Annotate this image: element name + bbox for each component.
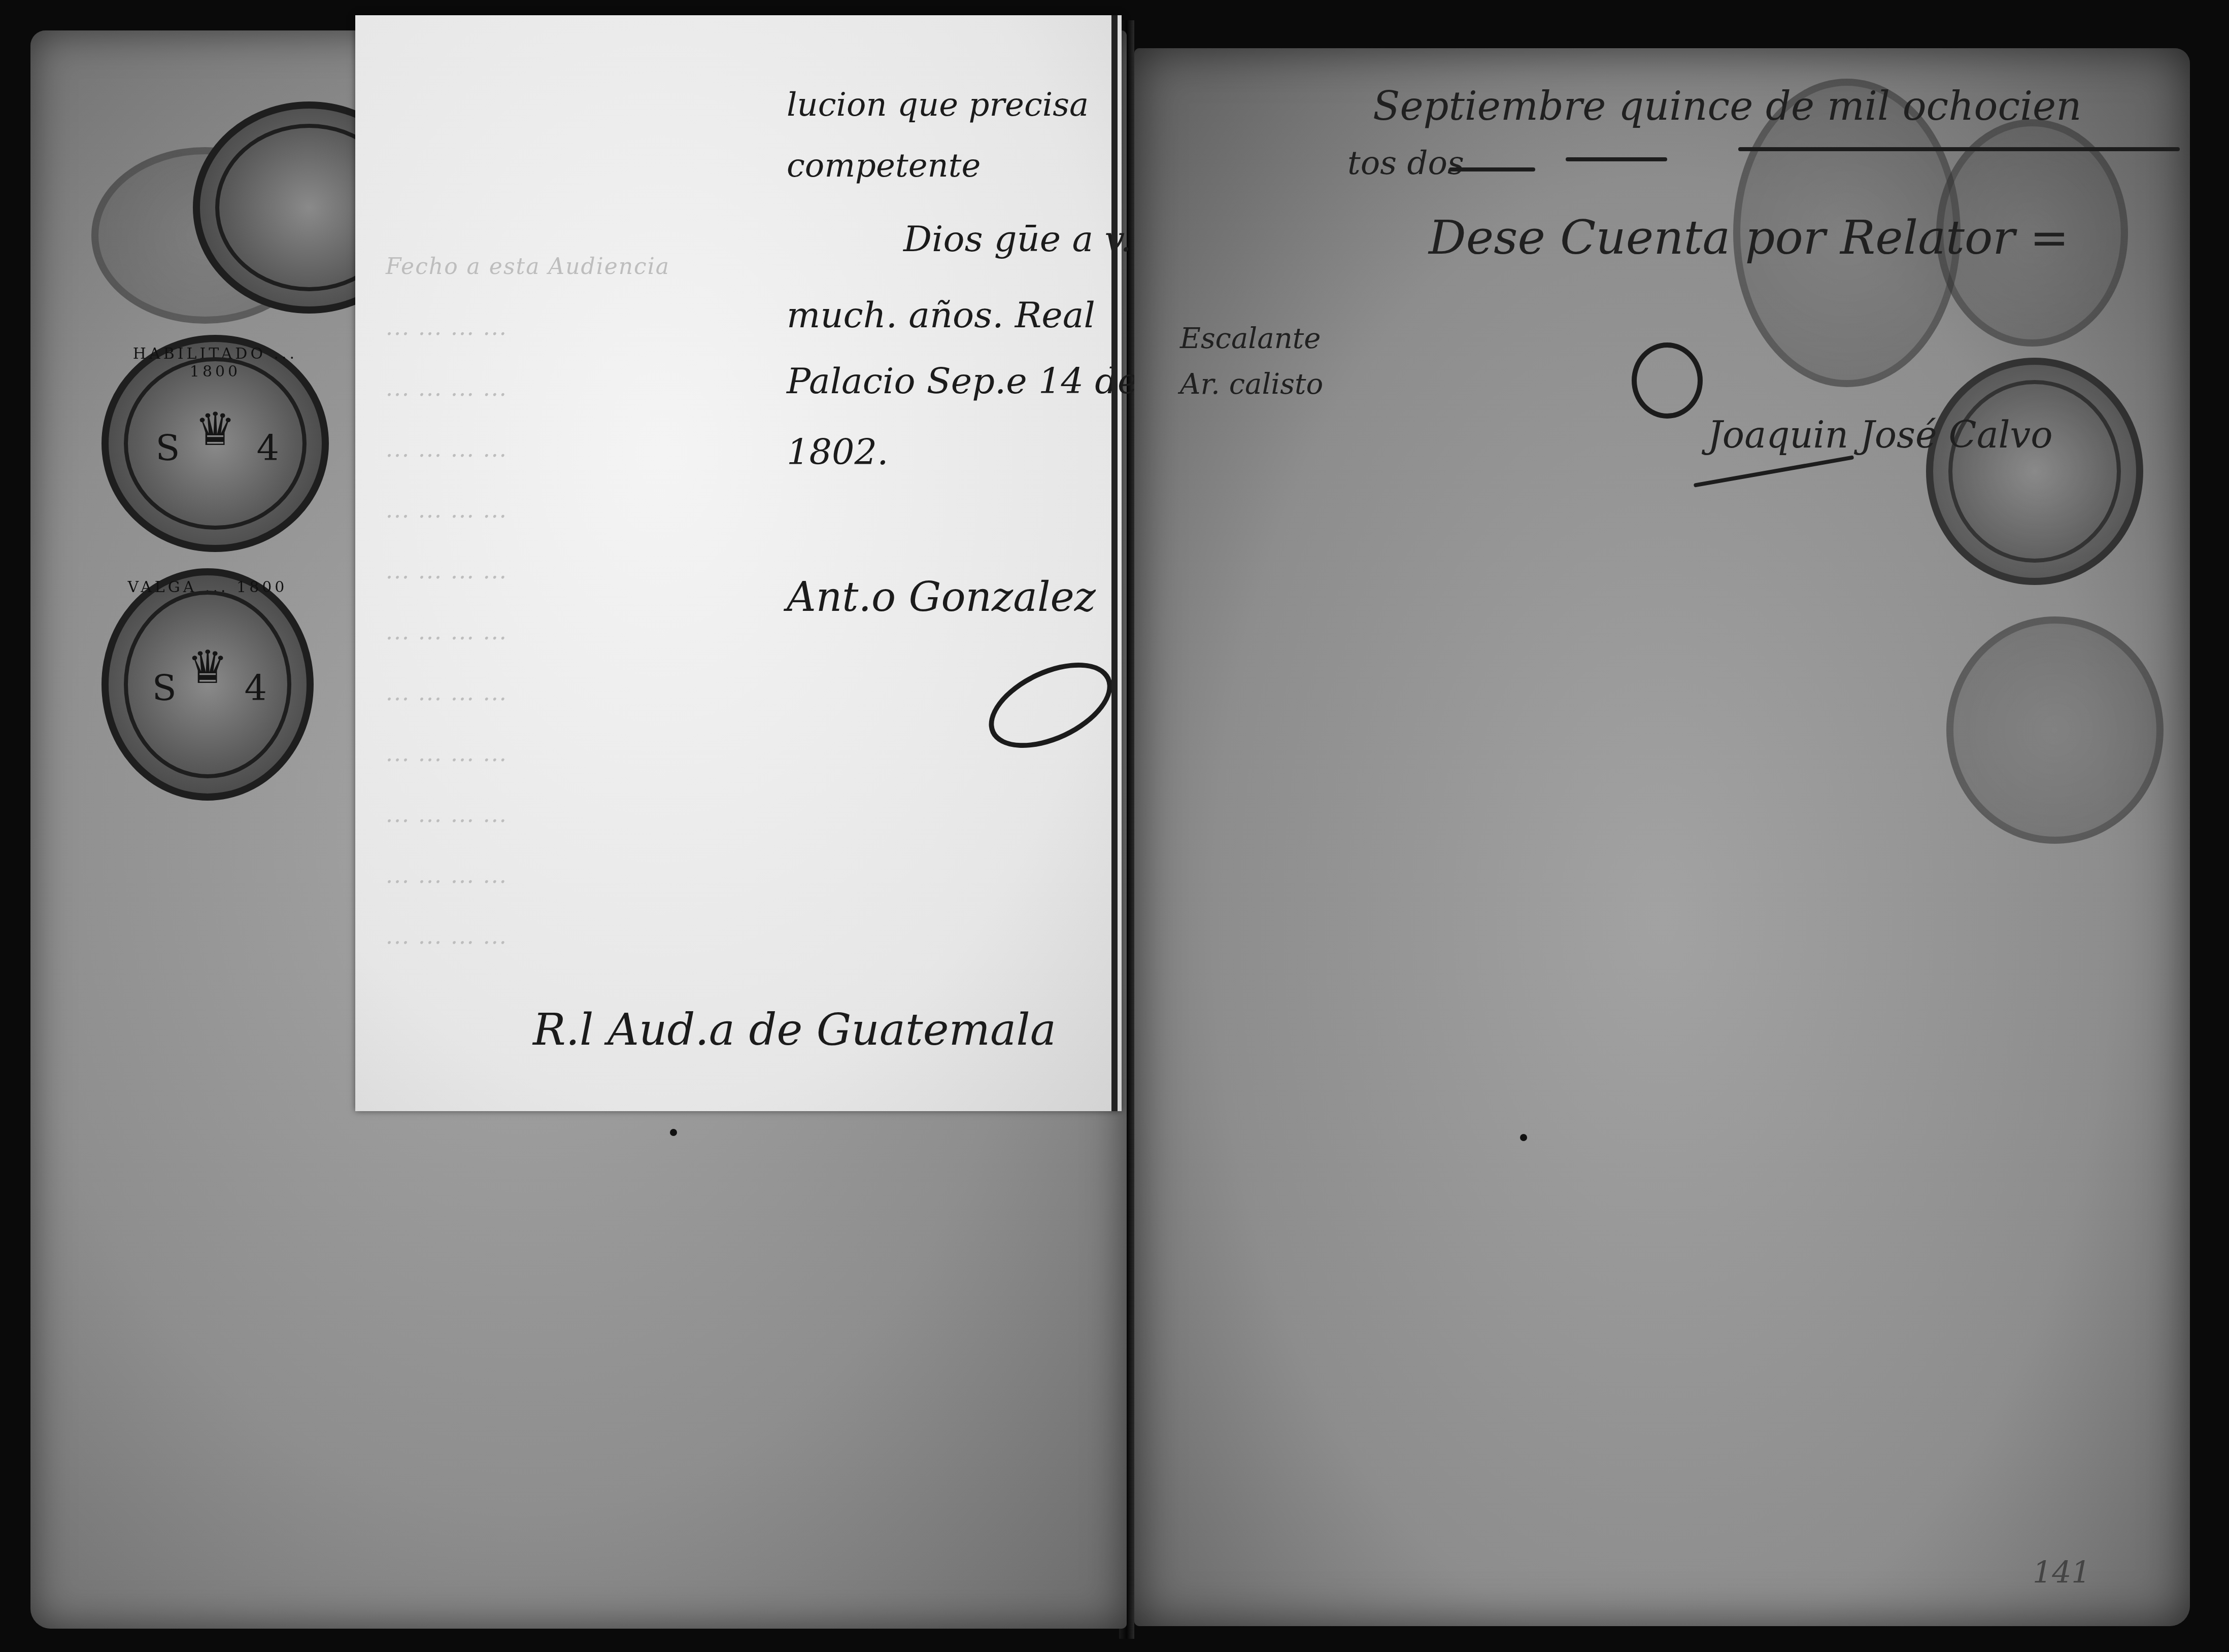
header-line: Septiembre quince de mil ochocien [1373,84,2082,129]
underline [1449,167,1535,171]
faded-line: ... ... ... ... [386,923,508,949]
crown-icon: ♛ [195,403,236,456]
faded-line: ... ... ... ... [386,863,508,888]
faded-line: ... ... ... ... [386,802,508,828]
seal-letter: 4 [256,427,279,469]
crown-icon: ♛ [187,641,228,694]
signature-rubric [976,645,1126,766]
seal-ring [1948,380,2121,563]
faded-line: ... ... ... ... [386,619,508,645]
seal-letter: 4 [244,667,267,709]
seal-middle: HABILITADO ... 1800 ♛ S 4 [102,335,329,552]
faded-line: ... ... ... ... [386,315,508,340]
rubric-mark [1632,342,1703,419]
seal-letter: S [152,667,177,709]
marginal-note-line: Ar. calisto [1180,368,1323,401]
seal-letter: S [155,427,180,469]
note-line: much. años. Real [787,294,1095,336]
insert-edge [1111,15,1118,1111]
seal-bottom: VALGA ... 1800 ♛ S 4 [102,568,314,801]
faded-line: ... ... ... ... [386,497,508,523]
ink-spot [1520,1134,1527,1141]
right-page: Septiembre quince de mil ochocien tos do… [1134,48,2190,1626]
addressee-line: R.l Aud.a de Guatemala [533,1005,1056,1055]
faint-seal-right-lower [1946,616,2164,844]
faded-line: ... ... ... ... [386,436,508,462]
note-line: Palacio Sep.e 14 de [787,360,1138,402]
faded-line: ... ... ... ... [386,375,508,401]
signature-calvo: Joaquin José Calvo [1708,414,2053,456]
signature-gonzalez: Ant.o Gonzalez [787,573,1096,621]
faded-line: ... ... ... ... [386,558,508,584]
faded-line: Fecho a esta Audiencia [386,254,670,280]
note-line: 1802. [787,431,888,473]
note-line: lucion que precisa [787,86,1089,124]
inserted-note: Fecho a esta Audiencia ... ... ... ... .… [355,15,1122,1111]
note-line: Dios gūe a v. [903,218,1132,260]
decree-line: Dese Cuenta por Relator = [1429,211,2069,265]
faded-line: ... ... ... ... [386,680,508,706]
marginal-note-line: Escalante [1180,322,1321,355]
underline [1566,157,1667,161]
second-line: tos dos [1347,145,1464,182]
folio-number: 141 [2033,1555,2091,1591]
underline [1738,147,2180,151]
faded-line: ... ... ... ... [386,741,508,767]
note-line: competente [787,147,981,185]
signature-underline [1694,455,1854,487]
seal-right-middle [1926,358,2143,585]
ink-spot [670,1129,677,1136]
